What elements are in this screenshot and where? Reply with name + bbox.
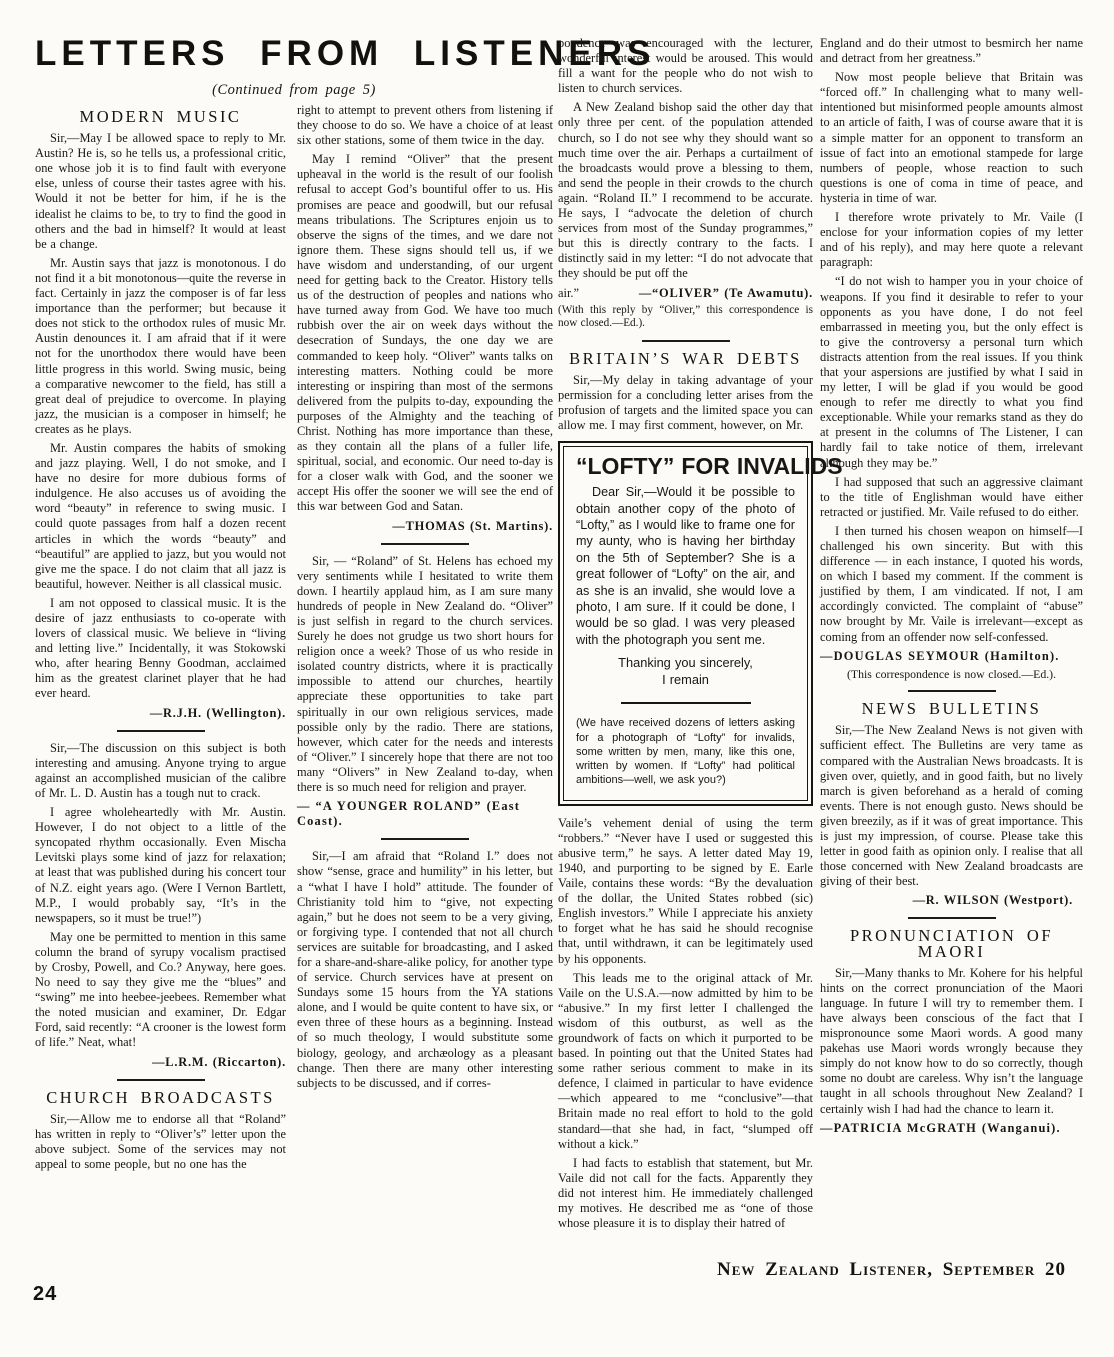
column-4: England and do their utmost to besmirch … [820, 36, 1083, 1140]
lofty-box-inner: “LOFTY” FOR INVALIDS Dear Sir,—Would it … [563, 446, 808, 801]
lofty-for-invalids-box: “LOFTY” FOR INVALIDS Dear Sir,—Would it … [558, 441, 813, 806]
lofty-box-heading: “LOFTY” FOR INVALIDS [576, 459, 795, 474]
letter-paragraph: Now most people believe that Britain was… [820, 70, 1083, 206]
section-heading-britains-war-debts: BRITAIN’S WAR DEBTS [558, 351, 813, 366]
letter-paragraph: I agree wholeheartedly with Mr. Austin. … [35, 805, 286, 926]
letter-paragraph: I am not opposed to classical music. It … [35, 596, 286, 702]
letter-paragraph: May I remind “Oliver” that the present u… [297, 152, 553, 514]
letter-paragraph: Sir,—I am afraid that “Roland I.” does n… [297, 849, 553, 1091]
letter-paragraph: I then turned his chosen weapon on himse… [820, 524, 1083, 645]
column-2: right to attempt to prevent others from … [297, 103, 553, 1095]
page-subtitle: (Continued from page 5) [35, 82, 553, 99]
letter-paragraph: I had facts to establish that statement,… [558, 1156, 813, 1231]
editor-note: (With this reply by “Oliver,” this corre… [558, 304, 813, 331]
masthead: LETTERS FROM LISTENERS (Continued from p… [35, 34, 553, 99]
signature-a-younger-roland: — “A YOUNGER ROLAND” (East Coast). [297, 799, 553, 829]
signature-rjh-wellington: —R.J.H. (Wellington). [35, 706, 286, 721]
column-3: pondence was encouraged with the lecture… [558, 36, 813, 1235]
signature-r-wilson-westport: —R. WILSON (Westport). [820, 893, 1083, 908]
letter-paragraph: England and do their utmost to besmirch … [820, 36, 1083, 66]
letter-paragraph: Sir, — “Roland” of St. Helens has echoed… [297, 554, 553, 796]
letter-paragraph: May one be permitted to mention in this … [35, 930, 286, 1051]
magazine-footer: New Zealand Listener, September 20 [717, 1259, 1066, 1281]
letter-paragraph: I therefore wrote privately to Mr. Vaile… [820, 210, 1083, 270]
lofty-box-divider [621, 702, 751, 704]
letter-paragraph: right to attempt to prevent others from … [297, 103, 553, 148]
letter-paragraph: Sir,—May I be allowed space to reply to … [35, 131, 286, 252]
section-heading-news-bulletins: NEWS BULLETINS [820, 701, 1083, 716]
paragraph-end-fragment: air.” [558, 286, 579, 301]
letter-paragraph: Mr. Austin says that jazz is monotonous.… [35, 256, 286, 437]
letter-paragraph: Sir,—The discussion on this subject is b… [35, 741, 286, 801]
signature-douglas-seymour: —DOUGLAS SEYMOUR (Hamilton). [820, 649, 1083, 664]
letter-paragraph: A New Zealand bishop said the other day … [558, 100, 813, 281]
letter-divider [117, 1079, 205, 1081]
letter-divider [381, 838, 469, 840]
section-heading-church-broadcasts: CHURCH BROADCASTS [35, 1090, 286, 1105]
letter-divider [908, 917, 996, 919]
letter-paragraph: Mr. Austin compares the habits of smokin… [35, 441, 286, 592]
letter-paragraph: Vaile’s vehement denial of using the ter… [558, 816, 813, 967]
lofty-letter-closing: Thanking you sincerely, [576, 654, 795, 671]
editor-note: (This correspondence is now closed.—Ed.)… [820, 668, 1083, 682]
page-title: LETTERS FROM LISTENERS [35, 34, 553, 74]
section-heading-pronunciation-of-maori: PRONUNCIATION OF MAORI [820, 928, 1083, 958]
section-heading-modern-music: MODERN MUSIC [35, 109, 286, 124]
letter-paragraph: pondence was encouraged with the lecture… [558, 36, 813, 96]
signature-lrm-riccarton: —L.R.M. (Riccarton). [35, 1055, 286, 1070]
letter-divider [908, 690, 996, 692]
letter-paragraph: Sir,—Allow me to endorse all that “Rolan… [35, 1112, 286, 1172]
letter-paragraph: I had supposed that such an aggressive c… [820, 475, 1083, 520]
letter-divider [642, 340, 730, 342]
letter-paragraph: Sir,—My delay in taking advantage of you… [558, 373, 813, 433]
lofty-letter-body: Dear Sir,—Would it be possible to obtain… [576, 484, 795, 648]
lofty-editor-note: (We have received dozens of letters aski… [576, 716, 795, 787]
signature-patricia-mcgrath: —PATRICIA McGRATH (Wanganui). [820, 1121, 1083, 1136]
signature-oliver-te-awamutu: —“OLIVER” (Te Awamutu). [639, 286, 813, 301]
letter-paragraph: “I do not wish to hamper you in your cho… [820, 274, 1083, 470]
page-number: 24 [33, 1283, 57, 1306]
letter-divider [117, 730, 205, 732]
lofty-letter-closing: I remain [576, 671, 795, 688]
signature-thomas-st-martins: —THOMAS (St. Martins). [297, 519, 553, 534]
column-1: MODERN MUSIC Sir,—May I be allowed space… [35, 103, 286, 1176]
letter-paragraph: This leads me to the original attack of … [558, 971, 813, 1152]
letter-divider [381, 543, 469, 545]
magazine-page: LETTERS FROM LISTENERS (Continued from p… [0, 0, 1114, 1357]
letter-paragraph: Sir,—Many thanks to Mr. Kohere for his h… [820, 966, 1083, 1117]
letter-paragraph: Sir,—The New Zealand News is not given w… [820, 723, 1083, 889]
signature-oliver-row: air.” —“OLIVER” (Te Awamutu). [558, 286, 813, 301]
